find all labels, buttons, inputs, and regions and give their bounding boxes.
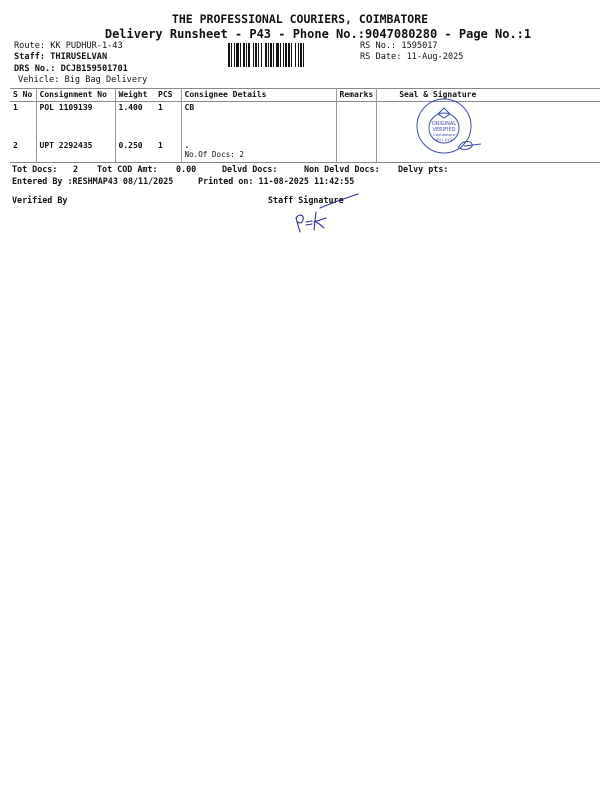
cell-consignee: CB bbox=[181, 102, 336, 141]
barcode bbox=[228, 43, 356, 67]
cell-sno: 1 bbox=[10, 102, 36, 141]
verified-by-label: Verified By bbox=[12, 195, 67, 205]
vehicle: Vehicle: Big Bag Delivery bbox=[18, 75, 147, 85]
table-row: 2 UPT 2292435 0.250 1 . No.Of Docs: 2 bbox=[10, 140, 600, 163]
delvy-pts-label: Delvy pts: bbox=[398, 164, 448, 174]
barcode-bar bbox=[304, 43, 306, 67]
cell-pcs: 1 bbox=[155, 140, 181, 163]
printed-on: Printed on: 11-08-2025 11:42:55 bbox=[198, 176, 354, 186]
col-weight: Weight bbox=[115, 89, 155, 102]
cell-seal bbox=[377, 140, 600, 163]
cell-consignee: . No.Of Docs: 2 bbox=[181, 140, 336, 163]
runsheet-title: Delivery Runsheet - P43 - Phone No.:9047… bbox=[0, 27, 600, 41]
cell-remarks bbox=[336, 140, 377, 163]
col-consignment: Consignment No bbox=[36, 89, 115, 102]
tot-cod-value: 0.00 bbox=[176, 164, 196, 174]
staff: Staff: THIRUSELVAN bbox=[14, 52, 107, 62]
non-delvd-docs-label: Non Delvd Docs: bbox=[304, 164, 380, 174]
route: Route: KK PUDHUR-1-43 bbox=[14, 41, 123, 51]
cell-pcs: 1 bbox=[155, 102, 181, 141]
tot-docs-value: 2 bbox=[73, 164, 78, 174]
table-header-row: S No Consignment No Weight PCS Consignee… bbox=[10, 89, 600, 102]
cell-sno: 2 bbox=[10, 140, 36, 163]
drs-number: DRS No.: DCJB159501701 bbox=[14, 64, 128, 74]
consignee-text: . bbox=[185, 141, 190, 150]
col-pcs: PCS bbox=[155, 89, 181, 102]
table-row: 1 POL 1109139 1.400 1 CB bbox=[10, 102, 600, 141]
docs-count-note: No.Of Docs: 2 bbox=[185, 150, 333, 159]
delvd-docs-label: Delvd Docs: bbox=[222, 164, 277, 174]
runsheet-table: S No Consignment No Weight PCS Consignee… bbox=[10, 88, 600, 163]
cell-seal bbox=[377, 102, 600, 141]
cell-consignment: UPT 2292435 bbox=[36, 140, 115, 163]
col-remarks: Remarks bbox=[336, 89, 377, 102]
tot-docs-label: Tot Docs: bbox=[12, 164, 57, 174]
cell-weight: 0.250 bbox=[115, 140, 155, 163]
col-sno: S No bbox=[10, 89, 36, 102]
col-consignee: Consignee Details bbox=[181, 89, 336, 102]
rs-number: RS No.: 1595017 bbox=[360, 41, 438, 51]
rs-date: RS Date: 11-Aug-2025 bbox=[360, 52, 463, 62]
entered-by: Entered By :RESHMAP43 08/11/2025 bbox=[12, 176, 173, 186]
company-title: THE PROFESSIONAL COURIERS, COIMBATORE bbox=[0, 12, 600, 26]
verified-seal-stamp: ORIGINAL VERIFIED Coimbatore 641 013 bbox=[414, 96, 482, 158]
stamp-line4: 641 013 bbox=[436, 137, 452, 142]
cell-weight: 1.400 bbox=[115, 102, 155, 141]
cell-consignment: POL 1109139 bbox=[36, 102, 115, 141]
col-seal-signature: Seal & Signature bbox=[377, 89, 600, 102]
cell-remarks bbox=[336, 102, 377, 141]
staff-signature-scribble bbox=[290, 192, 362, 236]
tot-cod-label: Tot COD Amt: bbox=[97, 164, 158, 174]
